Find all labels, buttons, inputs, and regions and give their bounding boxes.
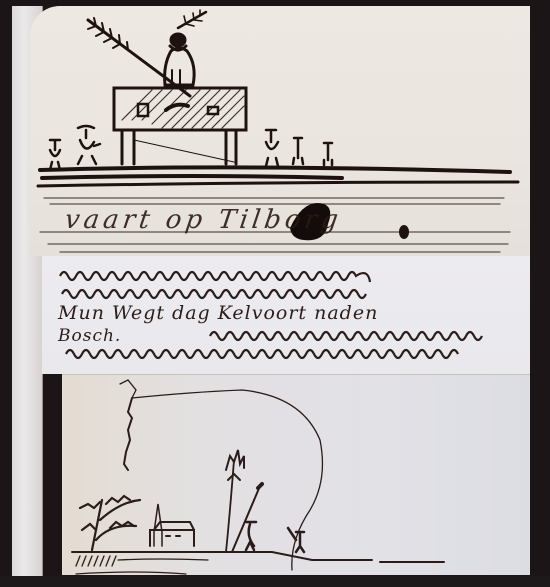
bottom-sketch-drawing	[0, 0, 550, 587]
